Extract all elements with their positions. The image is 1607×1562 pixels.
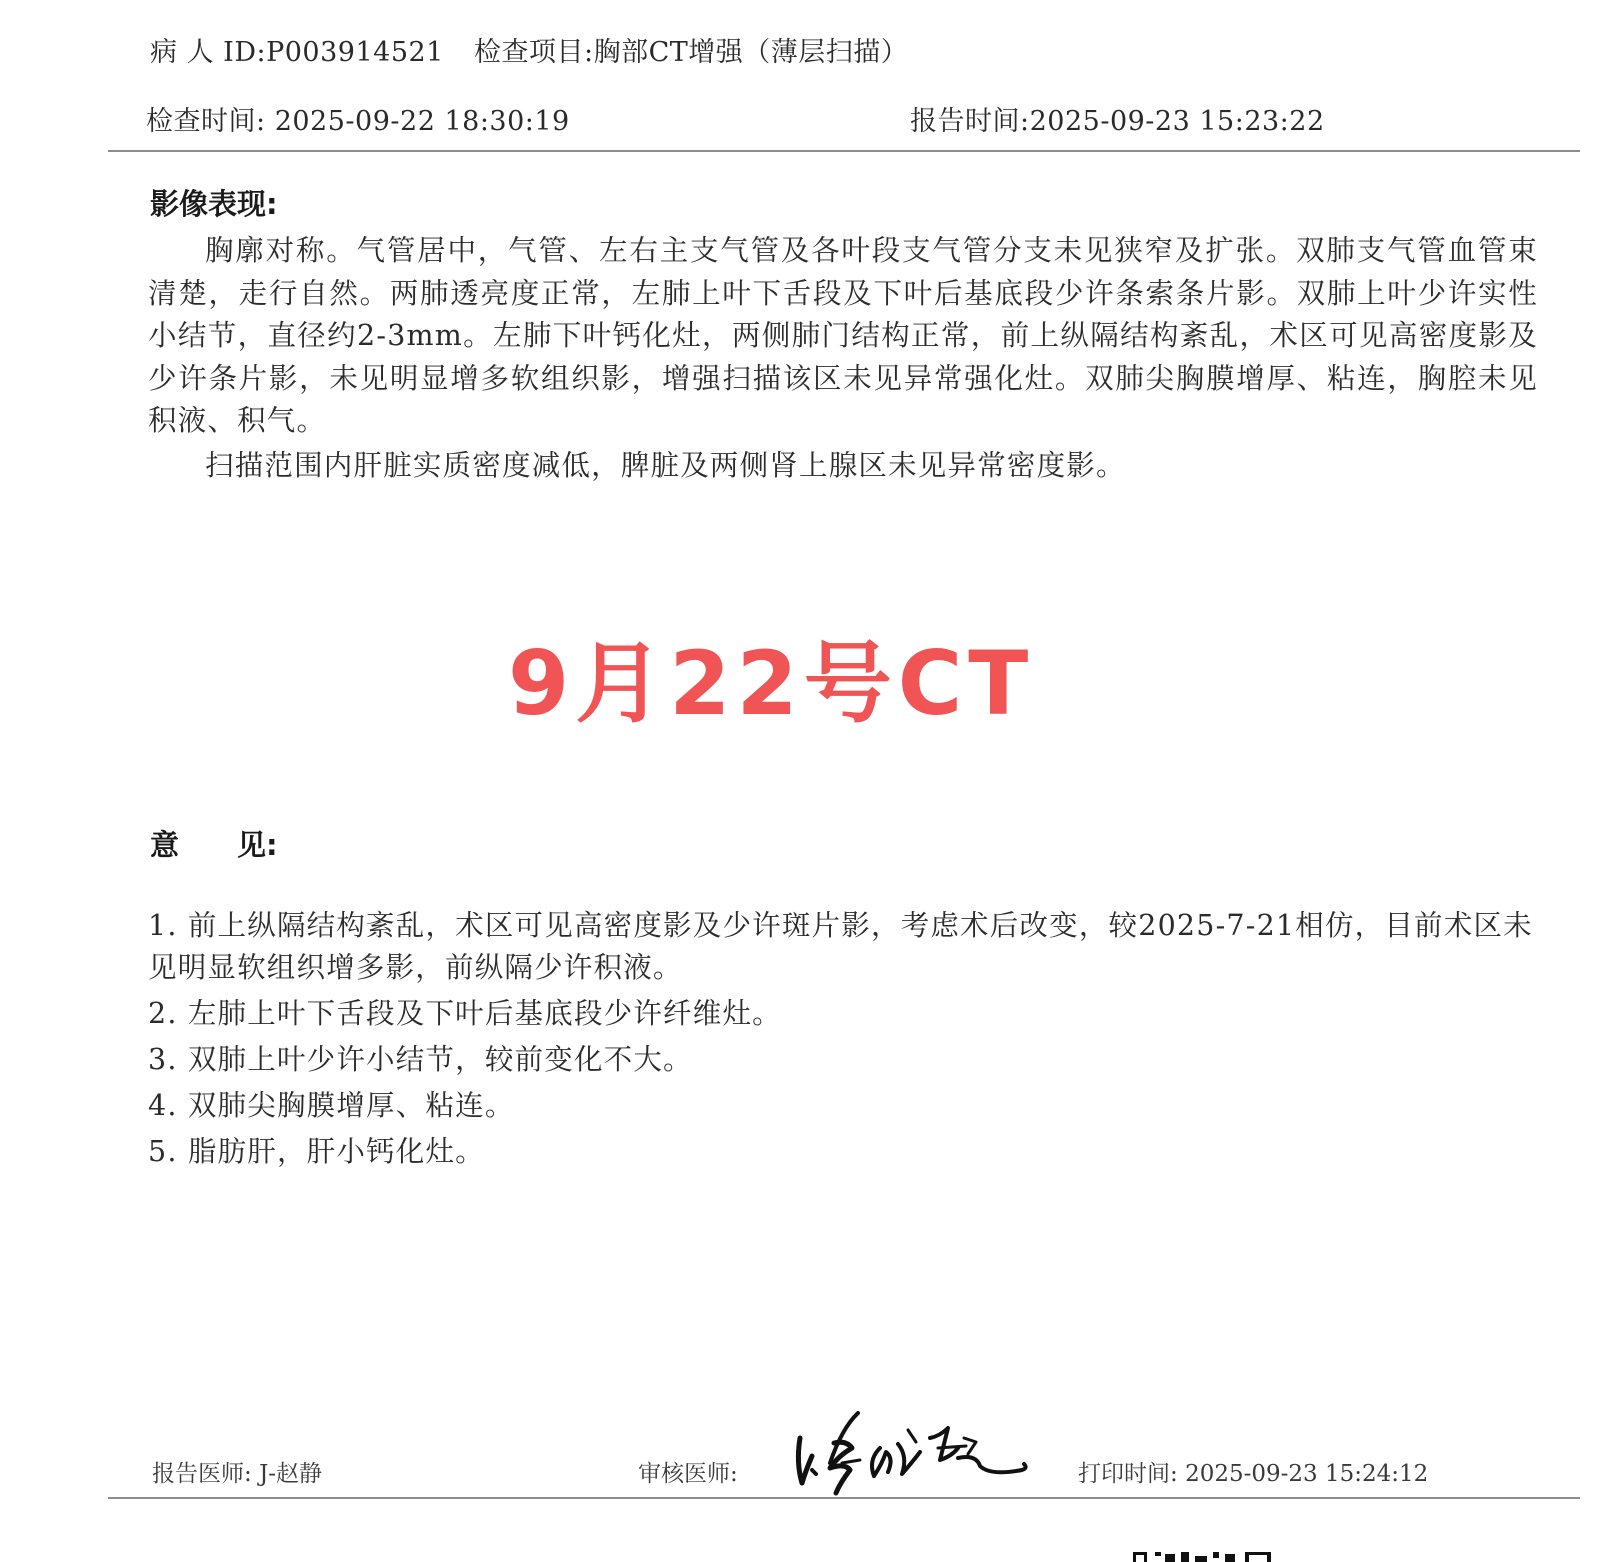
- patient-id-value: P003914521: [266, 37, 444, 68]
- print-time-label: 打印时间:: [1078, 1461, 1178, 1487]
- opinion-list: 1. 前上纵隔结构紊乱，术区可见高密度影及少许斑片影，考虑术后改变，较2025-…: [148, 905, 1538, 1177]
- opinion-item: 3. 双肺上叶少许小结节，较前变化不大。: [148, 1039, 1538, 1081]
- patient-id-line: 病 人 ID:P003914521: [150, 30, 444, 69]
- date-annotation: 9月22号CT: [508, 640, 1034, 728]
- report-time-value: 2025-09-23 15:23:22: [1030, 106, 1325, 137]
- report-time-line: 报告时间:2025-09-23 15:23:22: [910, 99, 1325, 138]
- print-time-value: 2025-09-23 15:24:12: [1185, 1461, 1428, 1487]
- opinion-item: 1. 前上纵隔结构紊乱，术区可见高密度影及少许斑片影，考虑术后改变，较2025-…: [148, 905, 1538, 989]
- findings-paragraph: 胸廓对称。气管居中，气管、左右主支气管及各叶段支气管分支未见狭窄及扩张。双肺支气…: [148, 230, 1538, 443]
- reporting-doctor-label: 报告医师:: [152, 1461, 252, 1487]
- print-time: 打印时间: 2025-09-23 15:24:12: [1078, 1455, 1428, 1488]
- exam-time-line: 检查时间: 2025-09-22 18:30:19: [146, 99, 570, 138]
- reviewing-doctor-label: 审核医师:: [638, 1455, 738, 1488]
- footer-divider: [108, 1497, 1580, 1499]
- findings-title: 影像表现:: [150, 182, 278, 223]
- exam-item-label: 检查项目:: [474, 37, 594, 68]
- qr-code-icon: [1133, 1546, 1273, 1562]
- header-divider: [108, 150, 1580, 152]
- reporting-doctor: 报告医师: J-赵静: [152, 1455, 322, 1488]
- exam-item-value: 胸部CT增强（薄层扫描）: [594, 37, 909, 68]
- patient-id-label: 病 人 ID:: [150, 37, 266, 68]
- opinion-item: 5. 脂肪肝，肝小钙化灶。: [148, 1131, 1538, 1173]
- exam-item-line: 检查项目:胸部CT增强（薄层扫描）: [474, 30, 908, 69]
- reporting-doctor-name: J-赵静: [259, 1461, 322, 1487]
- findings-body: 胸廓对称。气管居中，气管、左右主支气管及各叶段支气管分支未见狭窄及扩张。双肺支气…: [148, 230, 1538, 487]
- findings-paragraph: 扫描范围内肝脏实质密度减低，脾脏及两侧肾上腺区未见异常密度影。: [148, 445, 1538, 488]
- signature-icon: [790, 1408, 1040, 1498]
- report-time-label: 报告时间:: [910, 106, 1030, 137]
- exam-time-value: 2025-09-22 18:30:19: [275, 106, 570, 137]
- opinion-item: 2. 左肺上叶下舌段及下叶后基底段少许纤维灶。: [148, 993, 1538, 1035]
- opinion-item: 4. 双肺尖胸膜增厚、粘连。: [148, 1085, 1538, 1127]
- opinion-title: 意 见:: [150, 823, 278, 864]
- exam-time-label: 检查时间:: [146, 106, 266, 137]
